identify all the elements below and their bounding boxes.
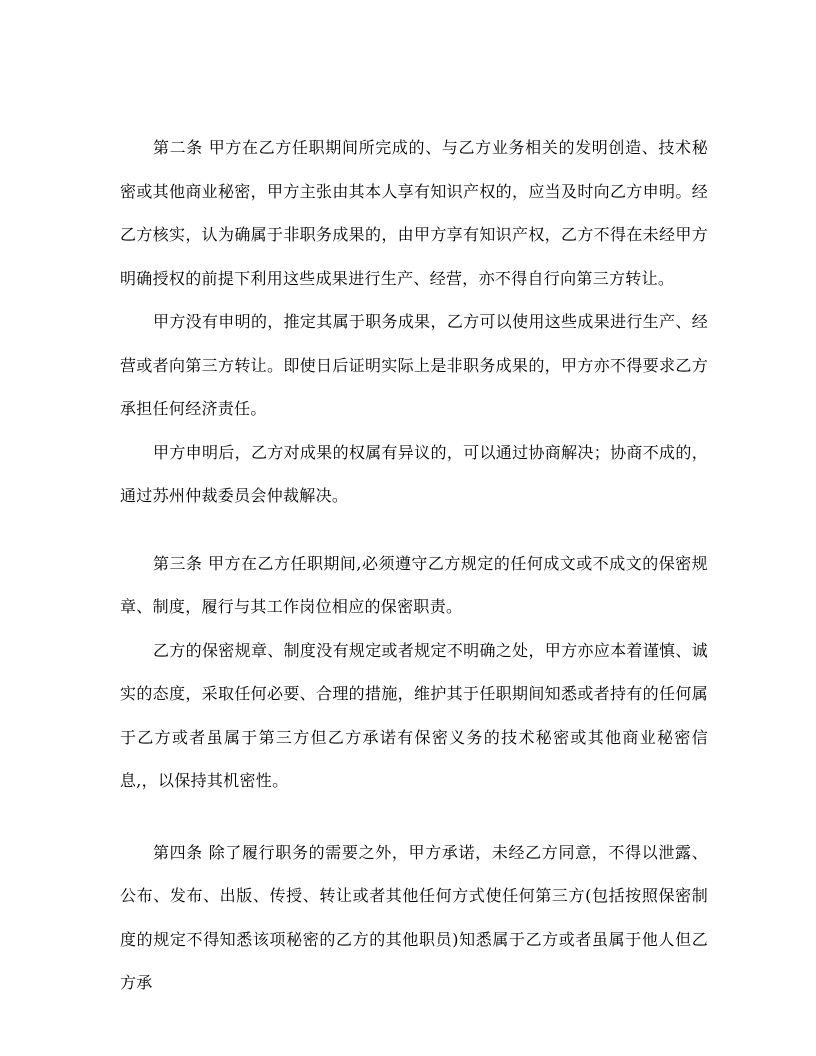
paragraph-article-3-clause-2: 乙方的保密规章、制度没有规定或者规定不明确之处，甲方亦应本着谨慎、诚实的态度，采… [120,629,708,803]
paragraph-article-2-clause-3: 甲方申明后，乙方对成果的权属有异议的，可以通过协商解决；协商不成的，通过苏州仲裁… [120,431,708,518]
paragraph-article-4: 第四条 除了履行职务的需要之外，甲方承诺，未经乙方同意，不得以泄露、公布、发布、… [120,831,708,1005]
paragraph-article-2: 第二条 甲方在乙方任职期间所完成的、与乙方业务相关的发明创造、技术秘密或其他商业… [120,126,708,300]
document-page: 第二条 甲方在乙方任职期间所完成的、与乙方业务相关的发明创造、技术秘密或其他商业… [0,0,816,1056]
paragraph-article-2-clause-2: 甲方没有申明的，推定其属于职务成果，乙方可以使用这些成果进行生产、经营或者向第三… [120,300,708,431]
paragraph-article-3: 第三条 甲方在乙方任职期间,必须遵守乙方规定的任何成文或不成文的保密规章、制度，… [120,542,708,629]
